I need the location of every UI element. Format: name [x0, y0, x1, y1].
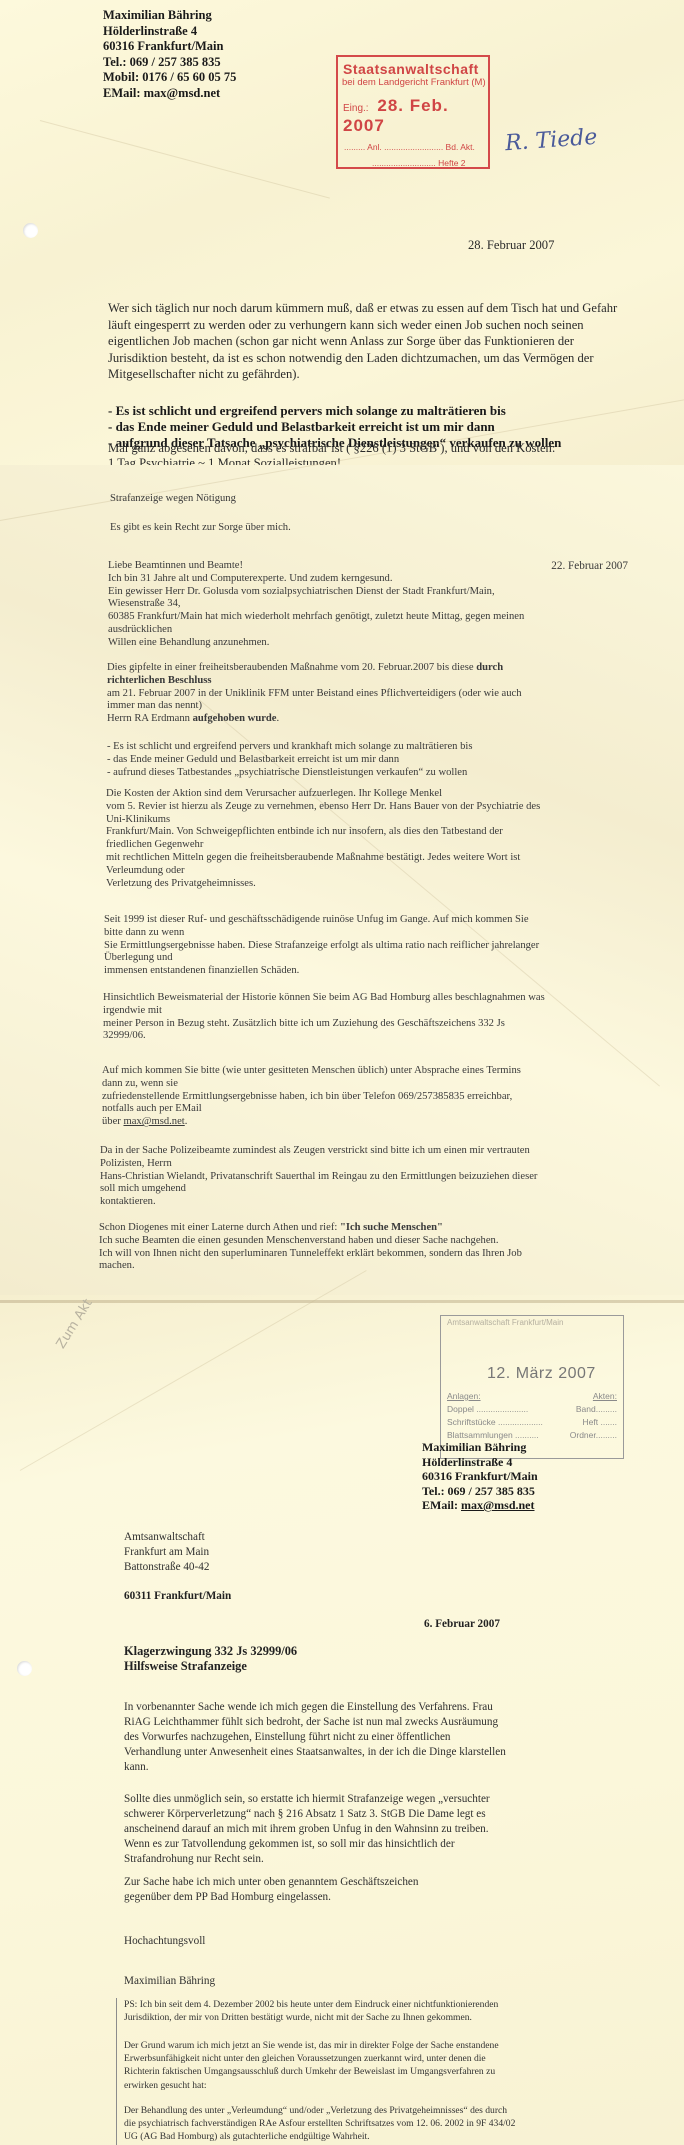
sender-name: Maximilian Bähring [103, 8, 236, 24]
complaint-date: 22. Februar 2007 [551, 560, 628, 573]
recipient-line: Amtsanwaltschaft [124, 1530, 231, 1545]
greeting: Liebe Beamtinnen und Beamte! [108, 560, 243, 573]
sender-mobile: Mobil: 0176 / 65 60 05 75 [103, 70, 236, 86]
evidence-paragraph: Hinsichtlich Beweismaterial der Historie… [103, 992, 545, 1043]
text-line: Richterin faktischen Umgangsausschluß du… [124, 2065, 499, 2078]
point-item: - aufrund dieses Tatbestandes „psychiatr… [107, 767, 472, 780]
text-line: Wiesenstraße 34, [108, 598, 628, 611]
text-line: Hinsichtlich Beweismaterial der Historie… [103, 992, 545, 1005]
text-line: Zur Sache habe ich mich unter oben genan… [124, 1875, 418, 1890]
sender-street: Hölderlinstraße 4 [422, 1455, 538, 1470]
text-line: am 21. Februar 2007 in der Uniklinik FFM… [107, 688, 627, 701]
text-line: Ich will von Ihnen nicht den superlumina… [99, 1248, 522, 1261]
sender-address-block-2: Maximilian Bähring Hölderlinstraße 4 603… [422, 1440, 538, 1513]
text-line: meiner Person in Bezug steht. Zusätzlich… [103, 1018, 545, 1031]
margin-bracket [116, 1998, 121, 2145]
punctuation: . [185, 1116, 188, 1127]
text-line: die psychiatrisch fachverständigen RAe A… [124, 2117, 515, 2130]
complaint-intro: Liebe Beamtinnen und Beamte! 22. Februar… [108, 560, 628, 650]
sender-name: Maximilian Bähring [422, 1440, 538, 1455]
measure-paragraph: Dies gipfelte in einer freiheitsberauben… [107, 662, 627, 726]
text-line: Verhandlung unter Anwesenheit eines Staa… [124, 1745, 506, 1760]
text-line: Verletzung des Privatgeheimnisses. [106, 878, 540, 891]
stamp-eing-label: Eing.: [343, 103, 369, 114]
sender-email-link[interactable]: max@msd.net [461, 1498, 535, 1512]
letter-date: 28. Februar 2007 [468, 237, 554, 254]
bold-text: aufgehoben wurde [193, 713, 277, 724]
text-line: irgendwie mit [103, 1005, 545, 1018]
text-line: anscheinend darauf an mich mit ihrem gro… [124, 1822, 490, 1837]
stamp-label: Anlagen: [447, 1391, 481, 1401]
sender-street: Hölderlinstraße 4 [103, 24, 236, 40]
text-line: PS: Ich bin seit dem 4. Dezember 2002 bi… [124, 1998, 498, 2011]
stamp-field: Blattsammlungen .......... [447, 1430, 539, 1440]
text-line: Der Behandlung des unter „Verleumdung“ u… [124, 2104, 515, 2117]
receipt-stamp-amtsanwaltschaft: Amtsanwaltschaft Frankfurt/Main 12. März… [440, 1315, 624, 1459]
stamp-line-hefte: ........................... Hefte 2 [344, 158, 488, 168]
letter-date: 6. Februar 2007 [424, 1617, 500, 1632]
sender-city: 60316 Frankfurt/Main [103, 39, 236, 55]
paragraph-intro: Wer sich täglich nur noch darum kümmern … [108, 300, 620, 383]
text-line: Herrn RA Erdmann [107, 713, 193, 724]
sender-email-label: EMail: [422, 1498, 461, 1512]
text-line: friedlichen Gegenwehr [106, 839, 540, 852]
postscript-3: Der Behandlung des unter „Verleumdung“ u… [124, 2104, 515, 2144]
text-line: über [102, 1116, 123, 1127]
text-line: Sie Ermittlungsergebnisse haben. Diese S… [104, 940, 539, 953]
text-line: Uni-Klinikums [106, 814, 540, 827]
text-line: Sollte dies unmöglich sein, so erstatte … [124, 1792, 490, 1807]
subject-line: Klagerzwingung 332 Js 32999/06 [124, 1644, 297, 1659]
text-line: dann zu, wenn sie [102, 1078, 521, 1091]
subject-line: Hilfsweise Strafanzeige [124, 1659, 297, 1674]
text-line: des Vorwurfes nachzugehen, Einstellung f… [124, 1730, 506, 1745]
bold-text: richterlichen Beschluss [107, 675, 627, 688]
text-line: Wenn es zur Tatvollendung gekommen ist, … [124, 1837, 490, 1852]
text-line: erwirken gesucht hat: [124, 2079, 499, 2092]
point-item: - das Ende meiner Geduld und Belastbarke… [107, 754, 472, 767]
text-line: Verleumdung oder [106, 865, 540, 878]
sender-phone: Tel.: 069 / 257 385 835 [422, 1484, 538, 1499]
complaint-subline: Es gibt es kein Recht zur Sorge über mic… [110, 522, 291, 535]
sender-address-block: Maximilian Bähring Hölderlinstraße 4 603… [103, 8, 236, 101]
point-item: - Es ist schlicht und ergreifend pervers… [107, 741, 472, 754]
text-line: ausdrücklichen [108, 624, 628, 637]
paragraph-costs-line2: 1 Tag Psychiatrie ~ 1 Monat Sozialleistu… [108, 455, 341, 465]
stamp-field: Doppel ...................... [447, 1404, 528, 1414]
closing: Hochachtungsvoll [124, 1934, 205, 1949]
text-line: zufriedenstellende Ermittlungsergebnisse… [102, 1091, 521, 1104]
text-line: Da in der Sache Polizeibeamte zumindest … [100, 1145, 537, 1158]
recipient-city: 60311 Frankfurt/Main [124, 1589, 231, 1604]
costs-paragraph: Die Kosten der Aktion sind dem Verursach… [106, 788, 540, 890]
postscript-1: PS: Ich bin seit dem 4. Dezember 2002 bi… [124, 1998, 498, 2024]
text-line: Auf mich kommen Sie bitte (wie unter ges… [102, 1065, 521, 1078]
sender-phone: Tel.: 069 / 257 385 835 [103, 55, 236, 71]
stamp-date: 12. März 2007 [487, 1365, 623, 1383]
police-paragraph: Da in der Sache Polizeibeamte zumindest … [100, 1145, 537, 1209]
text-line: Willen eine Behandlung anzunehmen. [108, 637, 628, 650]
text-line: 32999/06. [103, 1030, 545, 1043]
stamp-date: 28. Feb. 2007 [343, 96, 449, 135]
paragraph-objection: In vorbenannter Sache wende ich mich geg… [124, 1700, 506, 1775]
text-line: Jurisdiktion, der mir von Dritten bestät… [124, 2011, 498, 2024]
recipient-line: Frankfurt am Main [124, 1545, 231, 1560]
text-line: mit rechtlichen Mitteln gegen die freihe… [106, 852, 540, 865]
text-line: vom 5. Revier ist hierzu als Zeuge zu ve… [106, 801, 540, 814]
bold-quote: "Ich suche Menschen" [340, 1222, 443, 1233]
stamp-line-anl: ......... Anl. .........................… [344, 142, 488, 152]
punch-hole [23, 223, 38, 238]
stamp-field: Heft ....... [583, 1417, 617, 1427]
text-line: Erwerbsunfähigkeit nicht unter den gleic… [124, 2052, 499, 2065]
text-line: UG (AG Bad Homburg) als gutachterliche e… [124, 2130, 515, 2143]
text-line: schwerer Körperverletzung“ nach § 216 Ab… [124, 1807, 490, 1822]
postscript-2: Der Grund warum ich mich jetzt an Sie we… [124, 2039, 499, 2092]
text-line: Strafandrohung nur Recht sein. [124, 1852, 490, 1867]
signature-name: Maximilian Bähring [124, 1974, 215, 1989]
recipient-line: Battonstraße 40-42 [124, 1560, 231, 1575]
email-link[interactable]: max@msd.net [123, 1116, 184, 1127]
stamp-field: Band......... [576, 1404, 617, 1414]
stamp-top-text: Amtsanwaltschaft Frankfurt/Main [447, 1318, 623, 1327]
text-line: Der Grund warum ich mich jetzt an Sie we… [124, 2039, 499, 2052]
text-line: 60385 Frankfurt/Main hat mich wiederholt… [108, 611, 628, 624]
text-line: notfalls auch per EMail [102, 1103, 521, 1116]
text-line: Schon Diogenes mit einer Laterne durch A… [99, 1222, 340, 1233]
contact-paragraph: Auf mich kommen Sie bitte (wie unter ges… [102, 1065, 521, 1129]
text-line: bitte dann zu wenn [104, 927, 539, 940]
receipt-stamp-staatsanwaltschaft: Staatsanwaltschaft bei dem Landgericht F… [336, 55, 490, 169]
bold-text: durch [476, 662, 503, 673]
punch-hole [17, 1661, 32, 1676]
text-line: Überlegung und [104, 952, 539, 965]
text-line: In vorbenannter Sache wende ich mich geg… [124, 1700, 506, 1715]
text-line: kontaktieren. [100, 1196, 537, 1209]
text-line: Ich suche Beamten die einen gesunden Men… [99, 1235, 522, 1248]
bold-point: - Es ist schlicht und ergreifend pervers… [108, 403, 561, 419]
complaint-subject: Strafanzeige wegen Nötigung [110, 493, 236, 506]
text-line: machen. [99, 1260, 522, 1273]
text-line: immensen entstandenen finanziellen Schäd… [104, 965, 539, 978]
stamp-subtitle: bei dem Landgericht Frankfurt (M) [342, 77, 488, 88]
since-1999-paragraph: Seit 1999 ist dieser Ruf- und geschäftss… [104, 914, 539, 978]
stamp-title: Staatsanwaltschaft [343, 61, 488, 77]
text-line: immer man das nennt) [107, 700, 627, 713]
paragraph-reference: Zur Sache habe ich mich unter oben genan… [124, 1875, 418, 1905]
letter-subject: Klagerzwingung 332 Js 32999/06 Hilfsweis… [124, 1644, 297, 1674]
diogenes-paragraph: Schon Diogenes mit einer Laterne durch A… [99, 1222, 522, 1273]
sender-city: 60316 Frankfurt/Main [422, 1469, 538, 1484]
text-line: Die Kosten der Aktion sind dem Verursach… [106, 788, 540, 801]
stamp-field: Ordner......... [570, 1430, 617, 1440]
recipient-address: Amtsanwaltschaft Frankfurt am Main Batto… [124, 1530, 231, 1604]
paragraph-criminal-complaint: Sollte dies unmöglich sein, so erstatte … [124, 1792, 490, 1867]
text-line: RiAG Leichthammer fühlt sich bedroht, de… [124, 1715, 506, 1730]
text-line: kann. [124, 1760, 506, 1775]
text-line: Seit 1999 ist dieser Ruf- und geschäftss… [104, 914, 539, 927]
text-line: gegenüber dem PP Bad Homburg eingelassen… [124, 1890, 418, 1905]
stamp-label: Akten: [593, 1391, 617, 1401]
complaint-points: - Es ist schlicht und ergreifend pervers… [107, 741, 472, 779]
stamp-field: Schriftstücke ................... [447, 1417, 543, 1427]
sender-email: EMail: max@msd.net [103, 86, 236, 102]
text-line: Frankfurt/Main. Von Schweigepflichten en… [106, 826, 540, 839]
text-line: soll mich umgehend [100, 1183, 537, 1196]
page-edge [0, 1300, 684, 1303]
text-line: Ein gewisser Herr Dr. Golusda vom sozial… [108, 586, 628, 599]
text-line: Hans-Christian Wielandt, Privatanschrift… [100, 1171, 537, 1184]
text-line: Dies gipfelte in einer freiheitsberauben… [107, 662, 476, 673]
text-line: Polizisten, Herrn [100, 1158, 537, 1171]
text-line: Ich bin 31 Jahre alt und Computerexperte… [108, 573, 628, 586]
